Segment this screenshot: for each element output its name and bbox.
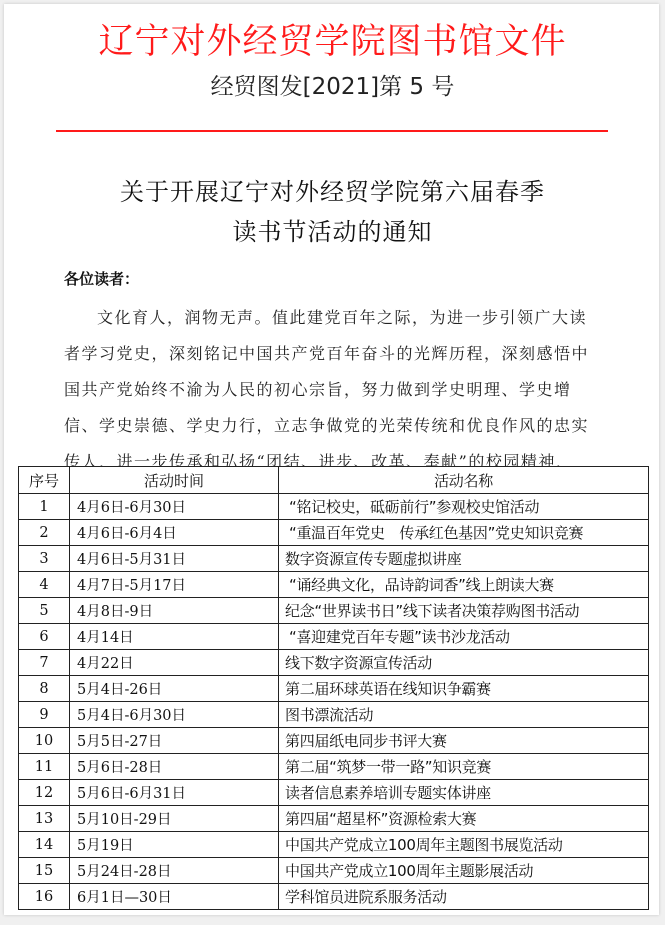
- cell-name: 学科馆员进院系服务活动: [279, 884, 649, 910]
- table-row: 4 4月7日-5月17日 “诵经典文化，品诗韵词香”线上朗读大赛: [19, 572, 649, 598]
- cell-no: 9: [19, 702, 70, 728]
- cell-name: 第四届纸电同步书评大赛: [279, 728, 649, 754]
- notice-body: 文化育人，润物无声。值此建党百年之际，为进一步引领广大读 者学习党史，深刻铭记中…: [64, 300, 612, 480]
- cell-name: 图书漂流活动: [279, 702, 649, 728]
- table-row: 15 5月24日-28日 中国共产党成立100周年主题影展活动: [19, 858, 649, 884]
- table-row: 14 5月19日 中国共产党成立100周年主题图书展览活动: [19, 832, 649, 858]
- cell-time: 5月6日-6月31日: [70, 780, 279, 806]
- cell-name: 数字资源宣传专题虚拟讲座: [279, 546, 649, 572]
- body-line: 国共产党始终不渝为人民的初心宗旨，努力做到学史明理、学史增: [64, 372, 612, 408]
- cell-time: 5月10日-29日: [70, 806, 279, 832]
- document-number: 经贸图发[2021]第 5 号: [0, 68, 665, 101]
- table-row: 5 4月8日-9日 纪念“世界读书日”线下读者决策荐购图书活动: [19, 598, 649, 624]
- cell-name: 第四届“超星杯”资源检索大赛: [279, 806, 649, 832]
- table-row: 10 5月5日-27日 第四届纸电同步书评大赛: [19, 728, 649, 754]
- cell-no: 14: [19, 832, 70, 858]
- table-row: 12 5月6日-6月31日 读者信息素养培训专题实体讲座: [19, 780, 649, 806]
- cell-name: 线下数字资源宣传活动: [279, 650, 649, 676]
- table-row: 11 5月6日-28日 第二届“筑梦一带一路”知识竞赛: [19, 754, 649, 780]
- cell-time: 4月6日-6月30日: [70, 494, 279, 520]
- cell-no: 10: [19, 728, 70, 754]
- body-line: 文化育人，润物无声。值此建党百年之际，为进一步引领广大读: [64, 300, 612, 336]
- table-row: 8 5月4日-26日 第二届环球英语在线知识争霸赛: [19, 676, 649, 702]
- salutation: 各位读者：: [64, 268, 139, 289]
- notice-title-line1: 关于开展辽宁对外经贸学院第六届春季: [0, 172, 665, 207]
- table-row: 2 4月6日-6月4日 “重温百年党史 传承红色基因”党史知识竞赛: [19, 520, 649, 546]
- header-time: 活动时间: [70, 467, 279, 494]
- cell-time: 4月14日: [70, 624, 279, 650]
- cell-no: 16: [19, 884, 70, 910]
- table-row: 6 4月14日 “喜迎建党百年专题”读书沙龙活动: [19, 624, 649, 650]
- cell-no: 4: [19, 572, 70, 598]
- cell-time: 4月6日-5月31日: [70, 546, 279, 572]
- cell-time: 4月8日-9日: [70, 598, 279, 624]
- cell-no: 12: [19, 780, 70, 806]
- cell-time: 5月24日-28日: [70, 858, 279, 884]
- cell-no: 5: [19, 598, 70, 624]
- cell-time: 5月4日-26日: [70, 676, 279, 702]
- header-no: 序号: [19, 467, 70, 494]
- cell-name: “喜迎建党百年专题”读书沙龙活动: [279, 624, 649, 650]
- table-row: 16 6月1日—30日 学科馆员进院系服务活动: [19, 884, 649, 910]
- body-line: 信、学史崇德、学史力行，立志争做党的光荣传统和优良作风的忠实: [64, 408, 612, 444]
- cell-time: 5月5日-27日: [70, 728, 279, 754]
- cell-no: 15: [19, 858, 70, 884]
- cell-name: 第二届环球英语在线知识争霸赛: [279, 676, 649, 702]
- cell-no: 3: [19, 546, 70, 572]
- cell-no: 1: [19, 494, 70, 520]
- header-name: 活动名称: [279, 467, 649, 494]
- table-row: 7 4月22日 线下数字资源宣传活动: [19, 650, 649, 676]
- cell-time: 5月4日-6月30日: [70, 702, 279, 728]
- cell-name: 中国共产党成立100周年主题影展活动: [279, 858, 649, 884]
- cell-time: 4月22日: [70, 650, 279, 676]
- notice-title-line2: 读书节活动的通知: [0, 212, 665, 247]
- table-row: 3 4月6日-5月31日 数字资源宣传专题虚拟讲座: [19, 546, 649, 572]
- table-header-row: 序号 活动时间 活动名称: [19, 467, 649, 494]
- cell-no: 8: [19, 676, 70, 702]
- cell-time: 5月6日-28日: [70, 754, 279, 780]
- cell-no: 2: [19, 520, 70, 546]
- cell-no: 11: [19, 754, 70, 780]
- organization-header: 辽宁对外经贸学院图书馆文件: [0, 14, 665, 64]
- cell-no: 6: [19, 624, 70, 650]
- red-divider: [56, 130, 608, 132]
- body-line: 者学习党史，深刻铭记中国共产党百年奋斗的光辉历程，深刻感悟中: [64, 336, 612, 372]
- cell-name: 读者信息素养培训专题实体讲座: [279, 780, 649, 806]
- cell-name: 第二届“筑梦一带一路”知识竞赛: [279, 754, 649, 780]
- cell-no: 13: [19, 806, 70, 832]
- table-row: 1 4月6日-6月30日 “铭记校史，砥砺前行”参观校史馆活动: [19, 494, 649, 520]
- cell-time: 4月6日-6月4日: [70, 520, 279, 546]
- cell-time: 5月19日: [70, 832, 279, 858]
- cell-no: 7: [19, 650, 70, 676]
- cell-name: 纪念“世界读书日”线下读者决策荐购图书活动: [279, 598, 649, 624]
- cell-name: 中国共产党成立100周年主题图书展览活动: [279, 832, 649, 858]
- cell-time: 4月7日-5月17日: [70, 572, 279, 598]
- table-row: 9 5月4日-6月30日 图书漂流活动: [19, 702, 649, 728]
- cell-name: “重温百年党史 传承红色基因”党史知识竞赛: [279, 520, 649, 546]
- activity-schedule-table: 序号 活动时间 活动名称 1 4月6日-6月30日 “铭记校史，砥砺前行”参观校…: [18, 466, 649, 910]
- cell-name: “铭记校史，砥砺前行”参观校史馆活动: [279, 494, 649, 520]
- cell-time: 6月1日—30日: [70, 884, 279, 910]
- table-row: 13 5月10日-29日 第四届“超星杯”资源检索大赛: [19, 806, 649, 832]
- cell-name: “诵经典文化，品诗韵词香”线上朗读大赛: [279, 572, 649, 598]
